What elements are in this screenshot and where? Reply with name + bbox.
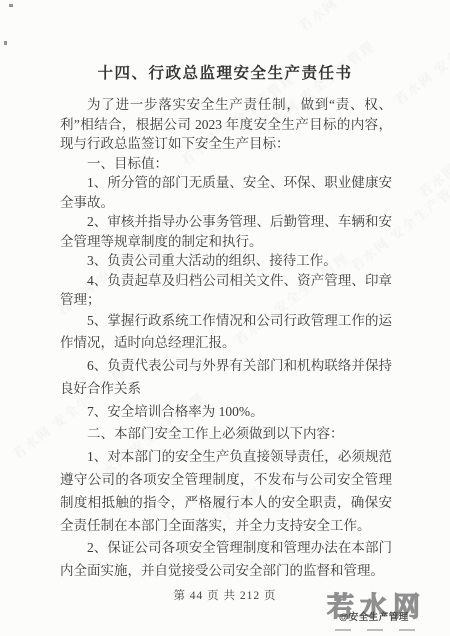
paragraph: 2、审核并指导办公事务管理、后勤管理、车辆和安全管理等规章制度的制定和执行。 xyxy=(60,212,392,251)
paragraph: 3、负责公司重大活动的组织、接待工作。 xyxy=(60,251,392,271)
paragraph: 5、掌握行政系统工作情况和公司行政管理工作的运作情况，适时向总经理汇报。 xyxy=(60,310,392,356)
document-body: 为了进一步落实安全生产责任制，做到“责、权、利”相结合，根据公司 2023 年度… xyxy=(60,95,392,583)
paragraph: 二、本部门安全工作上必须做到以下内容： xyxy=(60,423,392,446)
scan-artifact xyxy=(9,4,13,7)
paragraph: 4、负责起草及归档公司相关文件、资产管理、印章管理； xyxy=(60,271,392,310)
document-page: 若水网 安全生产管理若水网 安全生产管理若水网 安全生产管理若水网 安全生产管理… xyxy=(0,0,450,636)
diagonal-watermark-text: 若水网 安全生产管理 xyxy=(294,0,416,35)
paragraph: 7、安全培训合格率为 100%。 xyxy=(60,401,392,424)
paragraph: 2、保证公司各项安全管理制度和管理办法在本部门内全面实施，并自觉接受公司安全部门… xyxy=(60,537,392,583)
scan-artifact xyxy=(4,41,7,45)
diagonal-watermark-text: 若水网 安全生产管理 xyxy=(414,100,450,201)
document-title: 十四、行政总监理安全生产责任书 xyxy=(0,61,450,83)
ruoshui-watermark-logo: 若水网 @安全生产管理 xyxy=(327,593,445,631)
diagonal-watermark-text: 若水网 安全生产管理 xyxy=(390,8,450,109)
logo-overlay-text: @安全生产管理 xyxy=(339,609,409,623)
logo-subtext-marks xyxy=(335,629,415,631)
paragraph: 1、对本部门的安全生产负直接领导责任，必须规范遵守公司的各项安全管理制度，不发布… xyxy=(60,446,392,537)
paragraph: 6、负责代表公司与外界有关部门和机构联络并保持良好合作关系 xyxy=(60,355,392,401)
paragraph: 一、目标值： xyxy=(60,154,392,174)
paragraph: 1、所分管的部门无质量、安全、环保、职业健康安全事故。 xyxy=(60,173,392,212)
paragraph: 为了进一步落实安全生产责任制，做到“责、权、利”相结合，根据公司 2023 年度… xyxy=(60,95,392,154)
